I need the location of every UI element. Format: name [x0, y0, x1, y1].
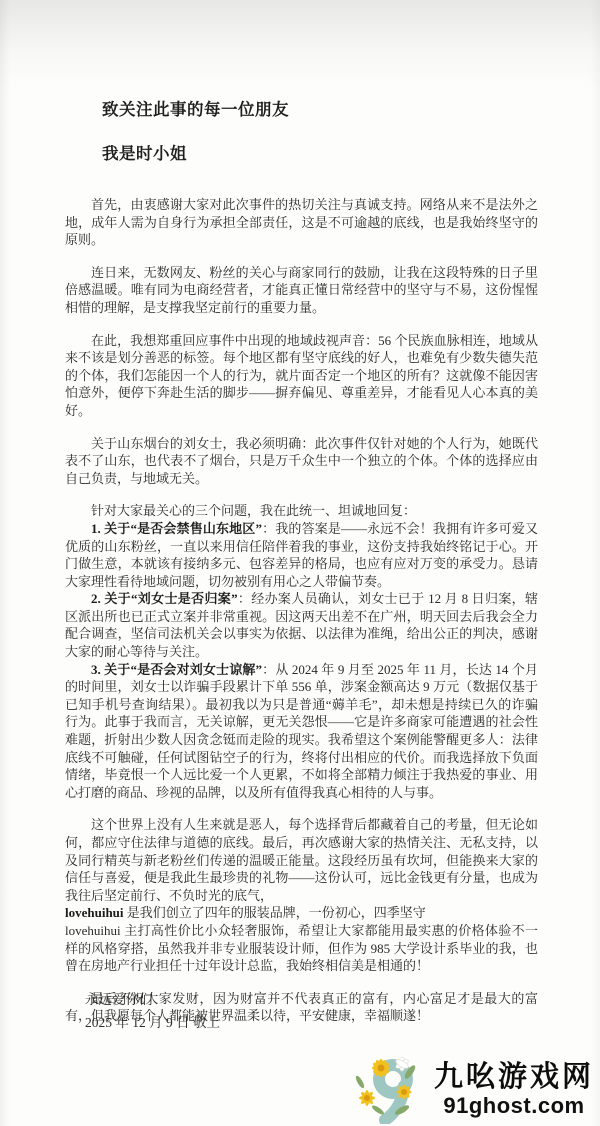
- letter-paragraph: 关于山东烟台的刘女士，我必须明确：此次事件仅针对她的个人行为，她既代表不了山东，…: [65, 435, 538, 488]
- letter-paragraph: 这个世界上没有人生来就是恶人，每个选择背后都藏着自己的考量，但无论如何，都应守住…: [65, 816, 538, 904]
- letter-paragraph: 在此，我想郑重回应事件中出现的地域歧视声音：56 个民族血脉相连，地域从来不该是…: [65, 332, 538, 420]
- letter-paragraphs: 首先，由衷感谢大家对此次事件的热切关注与真诚支持。网络从来不是法外之地，成年人需…: [65, 196, 538, 1025]
- signoff-line: 永远爱你们: [85, 988, 220, 1011]
- letter-photo: 致关注此事的每一位朋友 我是时小姐 首先，由衷感谢大家对此次事件的热切关注与真诚…: [0, 0, 600, 1126]
- letter-paragraph: lovehuihui 是我们创立了四年的服装品牌，一份初心，四季坚守: [65, 904, 538, 922]
- site-name: 九吆游戏网: [434, 1062, 594, 1093]
- letter-paragraph: 2. 关于“刘女士是否归案”：经办案人员确认，刘女士已于 12 月 8 日归案，…: [65, 590, 538, 660]
- letter-paragraph: 针对大家最关心的三个问题，我在此统一、坦诚地回复：: [65, 502, 538, 520]
- letter-salutation: 致关注此事的每一位朋友: [102, 96, 538, 120]
- letter-paragraph: 连日来，无数网友、粉丝的关心与商家同行的鼓励，让我在这段特殊的日子里倍感温暖。唯…: [65, 264, 538, 317]
- signoff-date: 2025 年 12 月 9 日 敬上: [85, 1011, 220, 1034]
- letter-body: 致关注此事的每一位朋友 我是时小姐 首先，由衷感谢大家对此次事件的热切关注与真诚…: [65, 96, 538, 1025]
- letter-paragraph: 3. 关于“是否会对刘女士谅解”：从 2024 年 9 月至 2025 年 11…: [65, 661, 538, 802]
- site-logo-icon: [352, 1052, 432, 1126]
- letter-paragraph: 首先，由衷感谢大家对此次事件的热切关注与真诚支持。网络从来不是法外之地，成年人需…: [65, 196, 538, 249]
- watermark-text: 九吆游戏网 91ghost.com: [434, 1062, 594, 1118]
- letter-signoff: 永远爱你们 2025 年 12 月 9 日 敬上: [85, 988, 220, 1034]
- letter-paragraph: lovehuihui 主打高性价比小众轻奢服饰，希望让大家都能用最实惠的价格体验…: [65, 922, 538, 975]
- watermark: 九吆游戏网 91ghost.com: [352, 1054, 594, 1126]
- site-url: 91ghost.com: [443, 1093, 584, 1118]
- letter-author: 我是时小姐: [102, 140, 538, 164]
- letter-paragraph: 1. 关于“是否会禁售山东地区”：我的答案是——永远不会！我拥有许多可爱又优质的…: [65, 520, 538, 590]
